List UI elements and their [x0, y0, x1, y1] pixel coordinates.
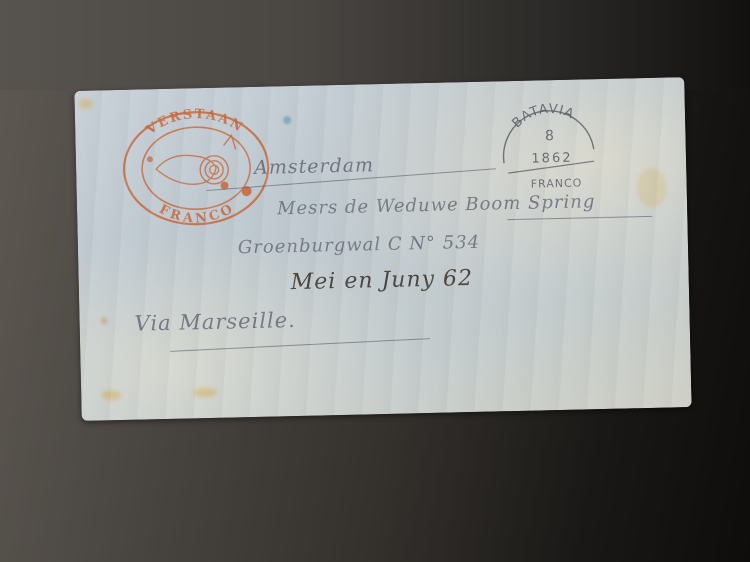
svg-text:VERSTAAN: VERSTAAN [142, 106, 246, 139]
handwritten-route: Via Marseille. [134, 308, 296, 336]
batavia-postmark: BATAVIA 8 1862 FRANCO [492, 91, 604, 198]
postmark-day: 8 [545, 128, 554, 144]
red-ring-stamp: VERSTAAN FRANCO [115, 104, 278, 228]
route-underline [170, 338, 430, 352]
svg-text:BATAVIA: BATAVIA [509, 101, 577, 131]
handwritten-street: Groenburgwal C N° 534 [238, 232, 481, 258]
postmark-bottom-text: FRANCO [531, 176, 583, 190]
handwritten-recipient: Mesrs de Weduwe Boom Spring [277, 191, 596, 219]
handwritten-date-note: Mei en Juny 62 [290, 266, 473, 295]
foxing-spot [193, 388, 217, 398]
foxing-spot [102, 318, 107, 323]
handwritten-city: Amsterdam [254, 154, 374, 179]
post-horn-icon [155, 135, 236, 185]
postmark-year: 1862 [531, 151, 572, 167]
recipient-underline [507, 216, 652, 220]
blue-ink-mark [283, 116, 291, 124]
foxing-spot [79, 99, 93, 109]
foxing-spot [636, 168, 667, 209]
postal-envelope: VERSTAAN FRANCO BATAVIA 8 1862 FRANCO [74, 77, 691, 421]
dark-backdrop [0, 0, 750, 90]
postmark-city: BATAVIA [509, 101, 577, 131]
stamp-top-text: VERSTAAN [142, 106, 246, 139]
foxing-spot [101, 390, 121, 400]
